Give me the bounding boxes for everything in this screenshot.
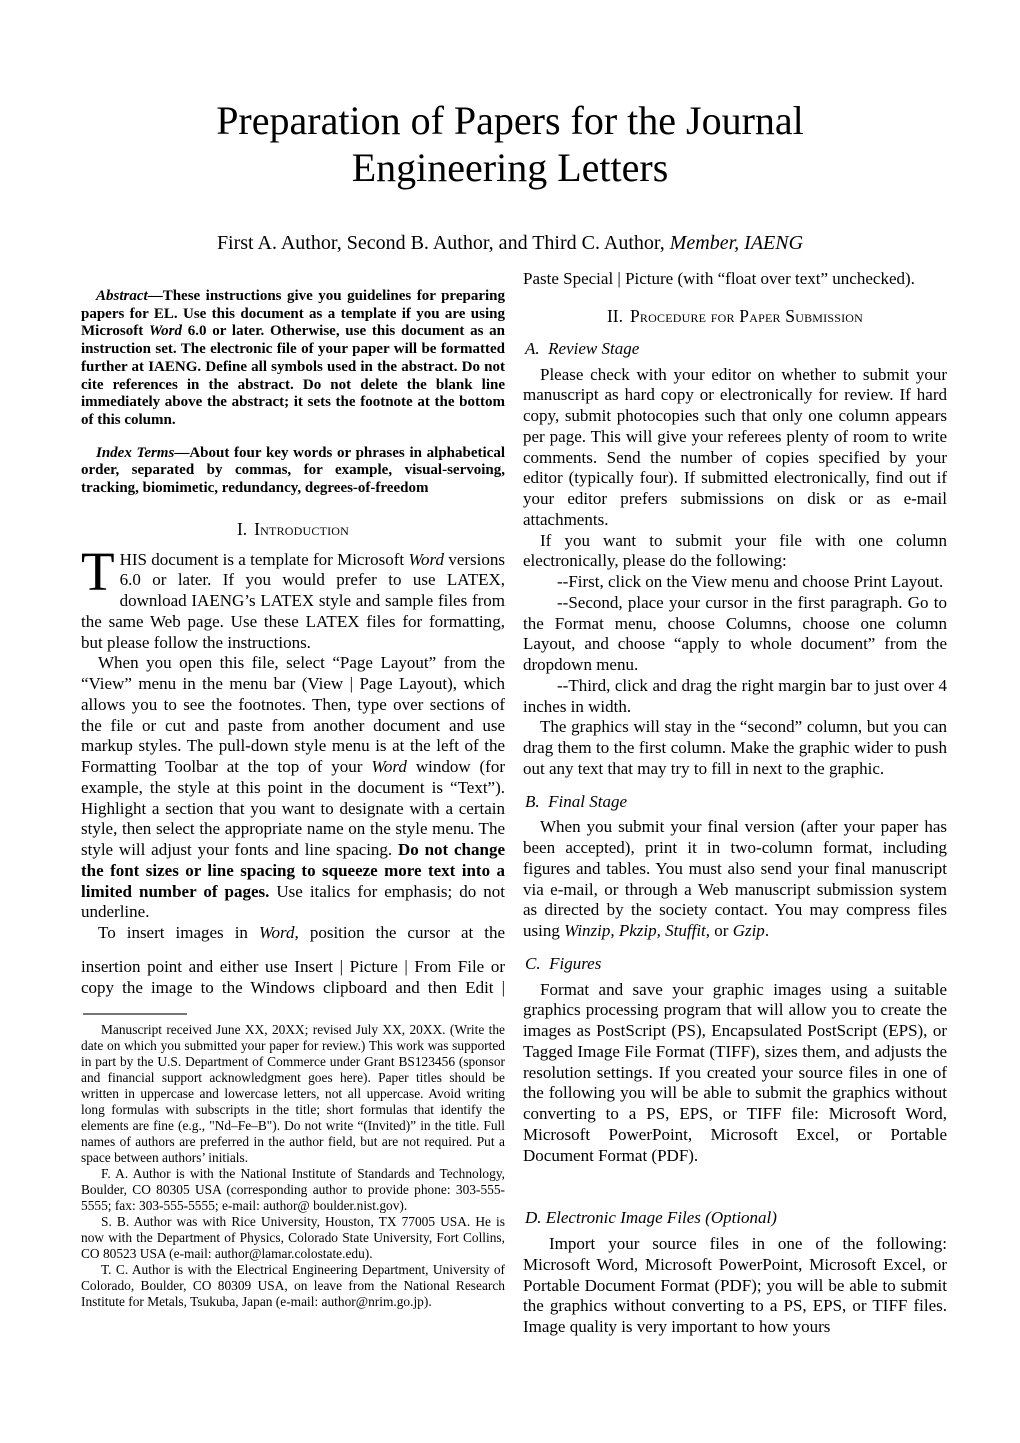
electronic-image-files-paragraph: Import your source files in one of the f… xyxy=(523,1234,947,1338)
paper-title: Preparation of Papers for the Journal En… xyxy=(0,97,1020,191)
footnote-separator xyxy=(83,1013,187,1015)
subsection-heading-figures: C. Figures xyxy=(525,954,947,975)
intro-paragraph-1: THIS document is a template for Microsof… xyxy=(81,550,505,654)
section-heading-procedure: II.Procedure for Paper Submission xyxy=(523,306,947,327)
one-column-paragraph: If you want to submit your file with one… xyxy=(523,531,947,573)
section-title: Introduction xyxy=(254,519,349,539)
insert-images-paragraph-part-1: To insert images in Word, position the c… xyxy=(81,923,505,944)
intro-paragraph-1-text: HIS document is a template for Microsoft… xyxy=(81,550,505,652)
footnote-author-t-c: T. C. Author is with the Electrical Engi… xyxy=(81,1262,505,1310)
review-stage-paragraph: Please check with your editor on whether… xyxy=(523,365,947,531)
right-column: Paste Special | Picture (with “float ove… xyxy=(523,269,947,1338)
figures-paragraph: Format and save your graphic images usin… xyxy=(523,980,947,1167)
intro-paragraph-2: When you open this file, select “Page La… xyxy=(81,653,505,923)
section-title: Procedure for Paper Submission xyxy=(630,306,863,326)
paper-title-line-2: Engineering Letters xyxy=(352,145,669,190)
section-number: II. xyxy=(607,306,623,326)
subsection-heading-final-stage: B. Final Stage xyxy=(525,792,947,813)
subsection-heading-review-stage: A. Review Stage xyxy=(525,339,947,360)
final-stage-paragraph: When you submit your final version (afte… xyxy=(523,817,947,942)
subsection-heading-electronic-image-files: D. Electronic Image Files (Optional) xyxy=(525,1208,947,1229)
footnote-author-f-a: F. A. Author is with the National Instit… xyxy=(81,1166,505,1214)
footnote-author-s-b: S. B. Author was with Rice University, H… xyxy=(81,1214,505,1262)
insert-images-paragraph-part-2: insertion point and either use Insert | … xyxy=(81,957,505,999)
section-number: I. xyxy=(237,519,247,539)
step-first-paragraph: --First, click on the View menu and choo… xyxy=(523,572,947,593)
index-terms-paragraph: Index Terms—About four key words or phra… xyxy=(81,445,505,498)
left-column: Abstract—These instructions give you gui… xyxy=(81,288,505,1310)
graphics-paragraph: The graphics will stay in the “second” c… xyxy=(523,717,947,779)
paste-special-paragraph: Paste Special | Picture (with “float ove… xyxy=(523,269,947,290)
paper-page: Preparation of Papers for the Journal En… xyxy=(0,0,1020,1443)
footnote-manuscript-received: Manuscript received June XX, 20XX; revis… xyxy=(81,1022,505,1166)
section-heading-introduction: I.Introduction xyxy=(81,519,505,540)
abstract-paragraph: Abstract—These instructions give you gui… xyxy=(81,288,505,430)
step-third-paragraph: --Third, click and drag the right margin… xyxy=(523,676,947,718)
paper-title-line-1: Preparation of Papers for the Journal xyxy=(216,98,804,143)
author-line: First A. Author, Second B. Author, and T… xyxy=(0,231,1020,255)
step-second-paragraph: --Second, place your cursor in the first… xyxy=(523,593,947,676)
author-membership: Member, IAENG xyxy=(670,232,803,254)
drop-cap: T xyxy=(81,550,120,592)
author-names: First A. Author, Second B. Author, and T… xyxy=(217,232,670,254)
